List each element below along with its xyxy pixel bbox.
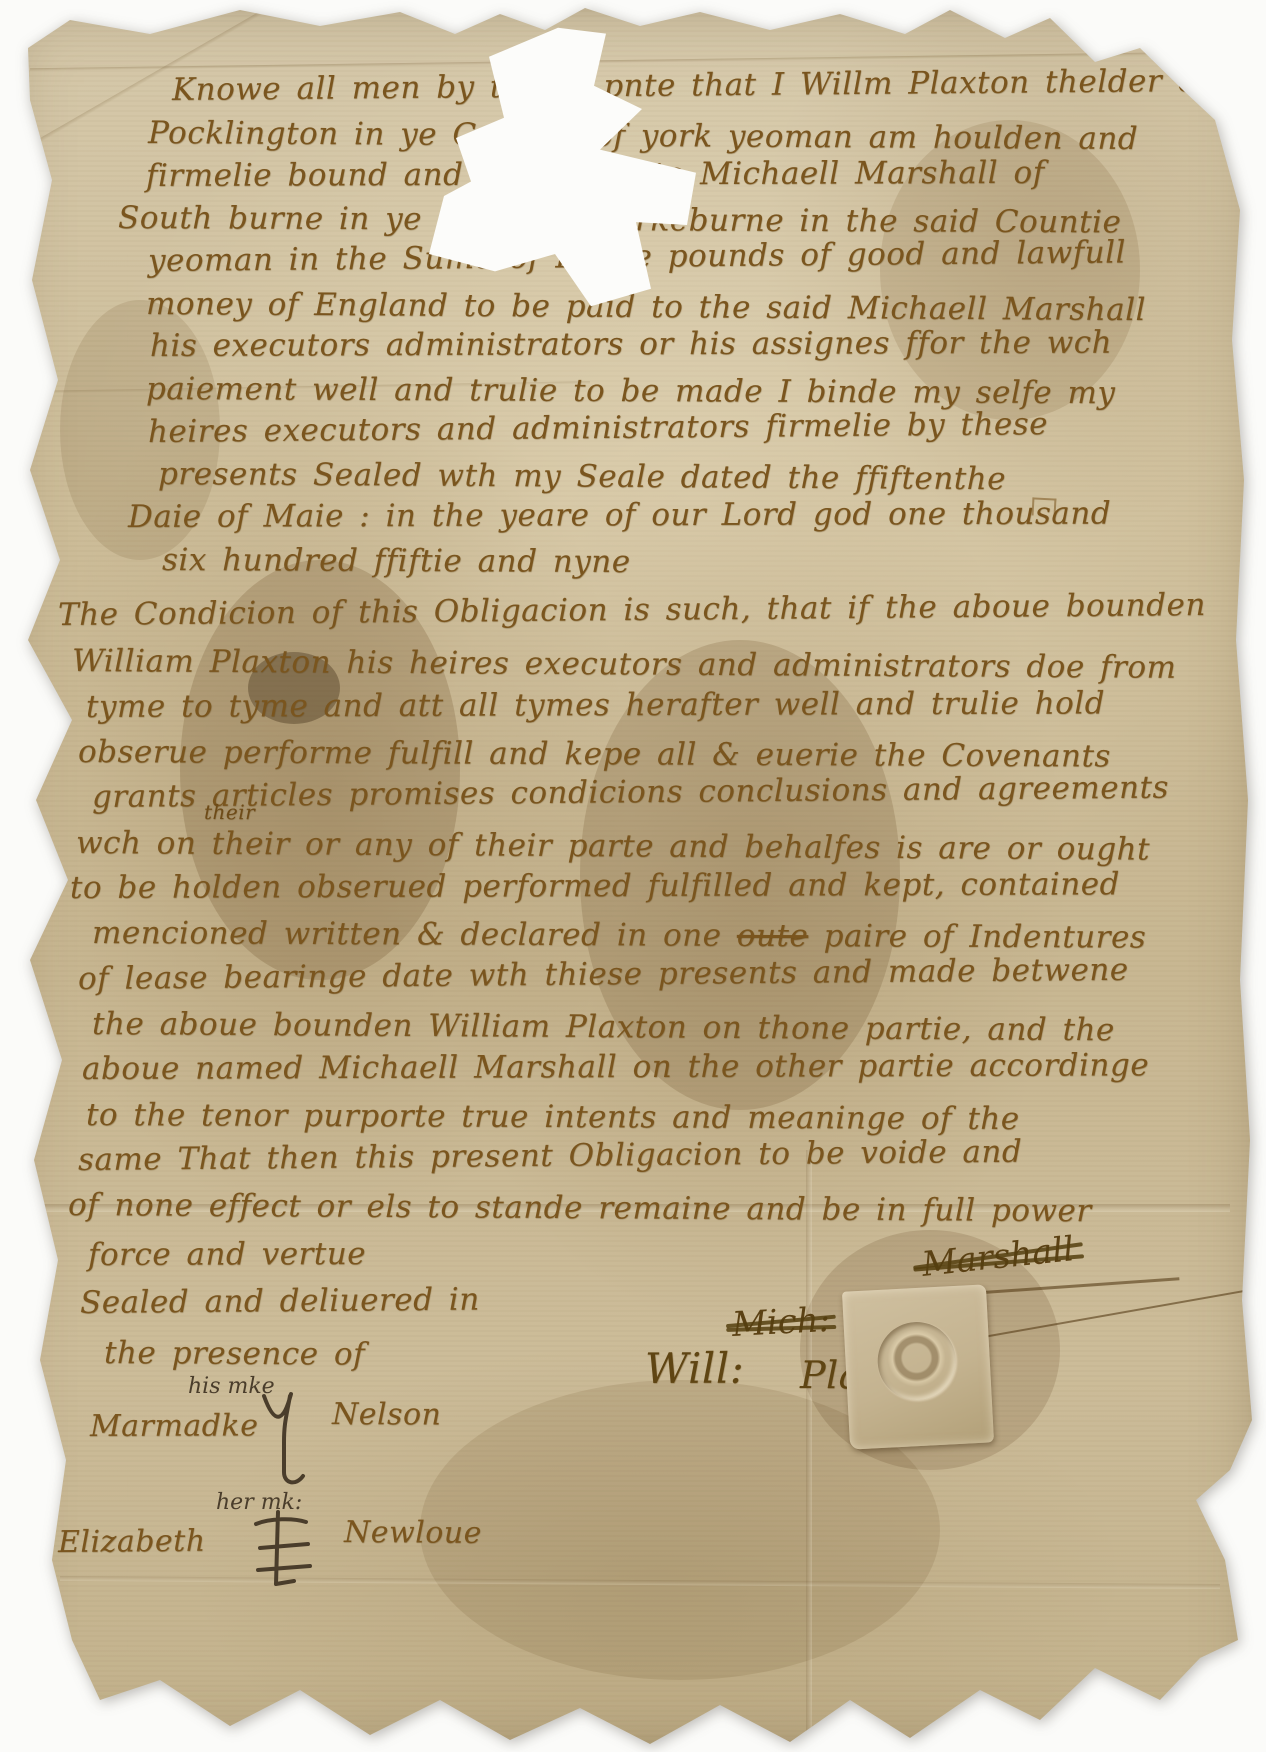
deed-line: presents Sealed wth my Seale dated the f… [158,459,1006,495]
interlined-word: their [204,802,255,822]
deed-line: the aboue bounden William Plaxton on tho… [92,1009,1115,1046]
document-scan: Knowe all men by thiese pnte that I Will… [0,0,1266,1752]
deed-line: William Plaxton his heires executors and… [72,646,1177,684]
deed-line-with-strikeout: mencioned written & declared in one oute… [92,918,1146,954]
deed-line: Pocklington in ye Countie of york yeoman… [148,118,1138,155]
struck-word: oute [737,918,809,954]
deed-line: aboue named Michaell Marshall on the oth… [82,1050,1149,1085]
struck-out-michaell: Mich: [731,1300,831,1345]
deed-line: his executors administrators or his assi… [150,328,1112,362]
deed-line: Daie of Maie : in the yeare of our Lord … [128,499,1111,533]
paper-sheet: Knowe all men by thiese pnte that I Will… [0,0,1266,1752]
deed-line-segment: mencioned written & declared in one [92,915,722,954]
witness-mark-nelson-icon [256,1388,316,1492]
sealed-delivered-line: the presence of [104,1338,365,1371]
deed-line: of none effect or els to stande remaine … [68,1190,1092,1227]
deed-line: Knowe all men by thiese pnte that I Will… [172,66,1209,106]
seal-icon [876,1320,958,1402]
witness-surname-nelson: Nelson [332,1400,442,1430]
deed-line: force and vertue [88,1239,366,1271]
deed-line: obserue performe fulfill and kepe all & … [78,737,1111,773]
deed-line: of lease bearinge date wth thiese presen… [78,955,1129,995]
deed-line: The Condicion of this Obligacion is such… [58,590,1206,631]
deed-line: same That then this present Obligacion t… [78,1137,1023,1176]
deed-line: wch on their or any of their parte and b… [76,828,1150,866]
witness-surname-newlove: Newloue [344,1518,482,1549]
deed-line: tyme to tyme and att all tymes herafter … [86,688,1105,723]
witness-mark-newlove-icon [248,1506,320,1592]
signature-will-plaxton-given: Will: [645,1348,745,1390]
deed-line: six hundred ffiftie and nyne [162,545,631,578]
deed-line: paiement well and trulie to be made I bi… [146,374,1116,409]
deed-line: to the tenor purporte true intents and m… [86,1100,1020,1135]
seal-paper-patch [842,1284,994,1449]
stray-ink-mark [1032,497,1057,516]
sealed-delivered-line: Sealed and deliuered in [80,1285,480,1319]
deed-line: to be holden obserued performed fulfille… [70,869,1120,904]
deed-line: money of England to be paid to the said … [146,289,1146,326]
deed-line: heires executors and administrators firm… [148,409,1048,448]
witness-forename-elizabeth: Elizabeth [58,1527,206,1558]
deed-line-segment: paire of Indentures [824,918,1147,955]
witness-forename-marmaduke: Marmadke [90,1411,259,1442]
